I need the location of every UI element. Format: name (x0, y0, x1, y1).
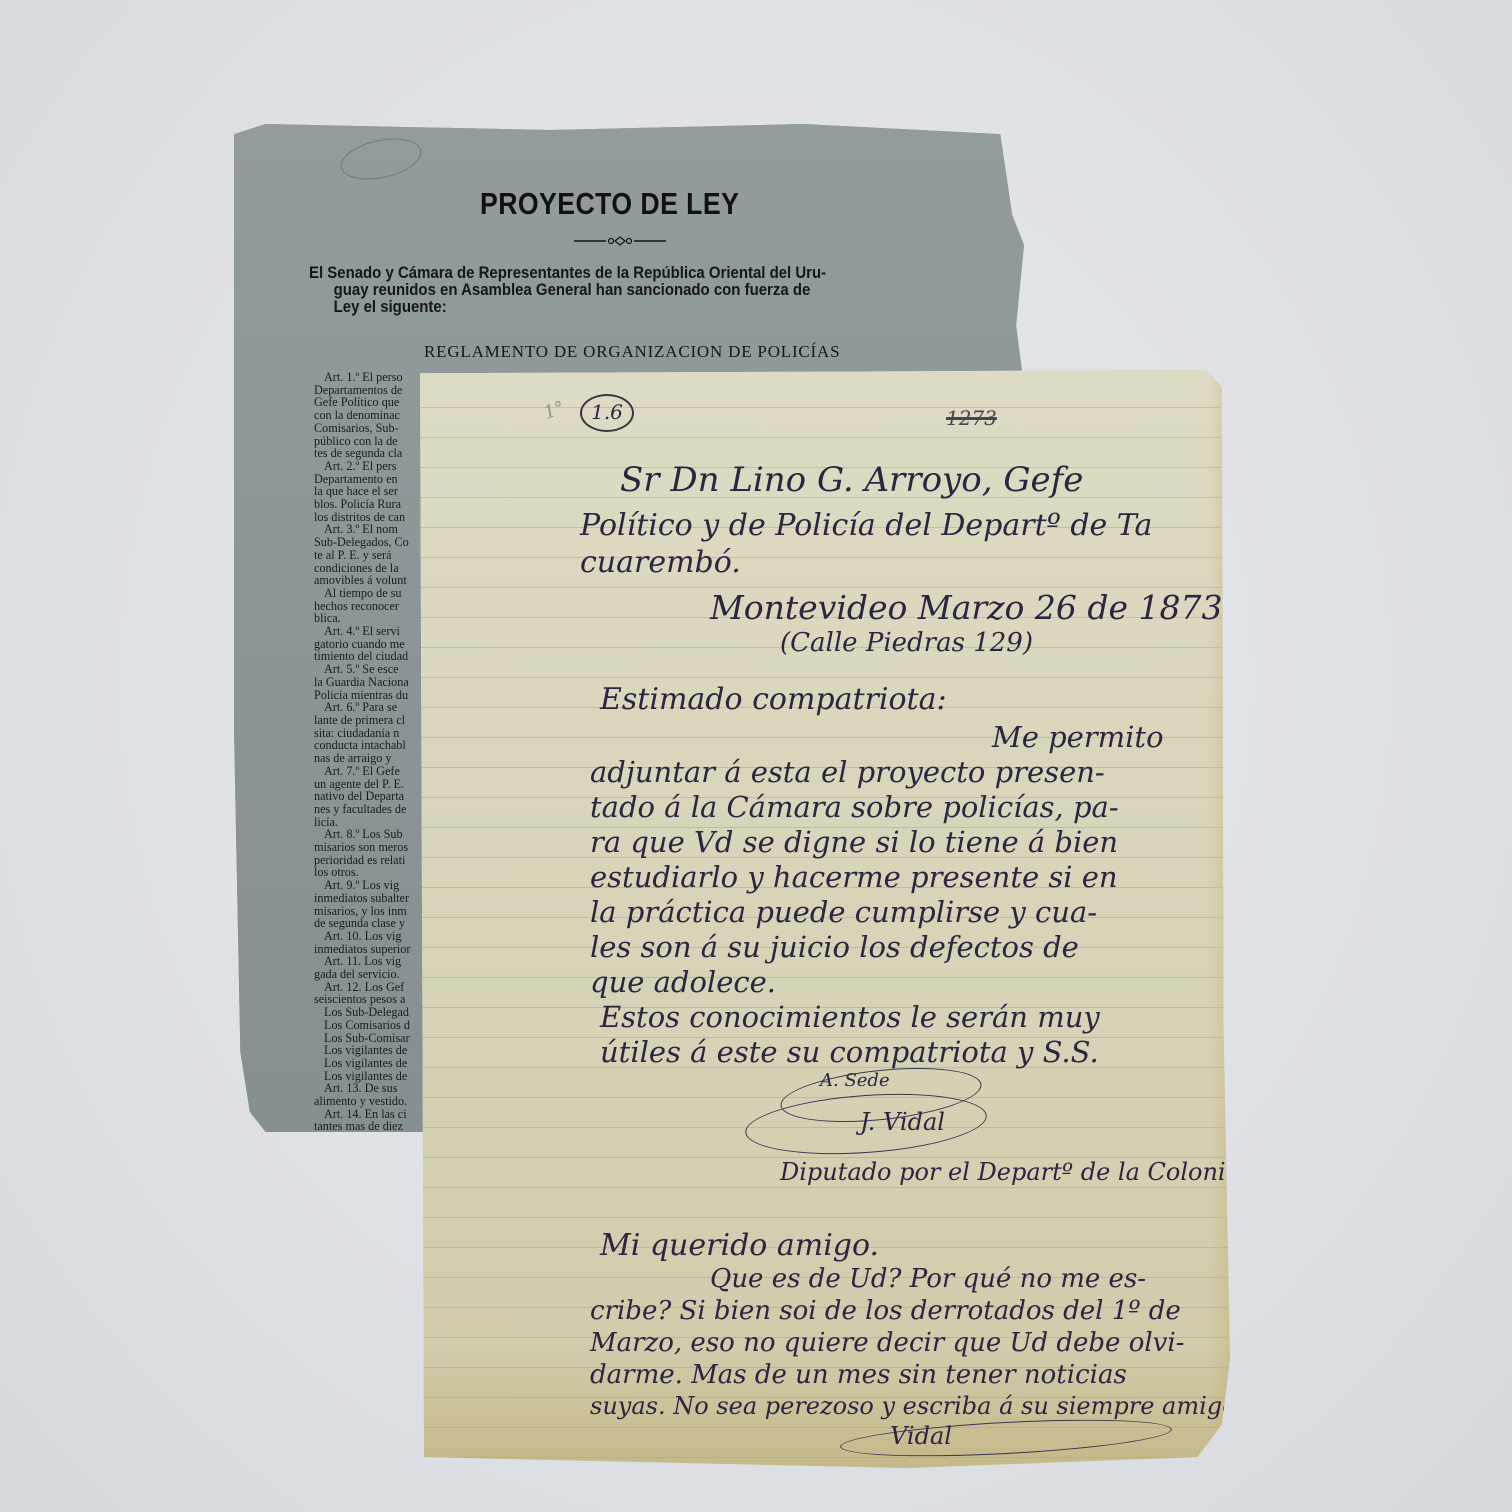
preamble-line: Ley el siguente: (309, 298, 802, 315)
pencil-mark (337, 132, 425, 186)
body-line: útiles á este su compatriota y S.S. (600, 1035, 1099, 1069)
struck-out-number: 1273 (946, 406, 997, 430)
postscript-line: cribe? Si bien soi de los derrotados del… (590, 1296, 1181, 1326)
addressee-line: cuarembó. (580, 545, 741, 580)
body-line: adjuntar á esta el proyecto presen- (590, 755, 1105, 789)
postscript-line: darme. Mas de un mes sin tener noticias (590, 1360, 1127, 1390)
body-line: estudiarlo y hacerme presente si en (590, 860, 1118, 894)
addressee-line: Político y de Policía del Departº de Ta (580, 508, 1152, 543)
postscript-line: Marzo, eso no quiere decir que Ud debe o… (590, 1328, 1184, 1358)
sender-address: (Calle Piedras 129) (780, 628, 1033, 658)
preamble: El Senado y Cámara de Representantes de … (309, 264, 802, 315)
ornament-rule-icon (574, 236, 666, 246)
regulation-subtitle: REGLAMENTO DE ORGANIZACION DE POLICÍAS (424, 342, 840, 362)
signature-flourish: A. Sede (820, 1070, 890, 1091)
postscript-signature: Vidal (890, 1422, 952, 1450)
signature-title: Diputado por el Departº de la Colonia. (780, 1158, 1248, 1186)
body-line: les son á su juicio los defectos de (590, 930, 1079, 964)
preamble-line: guay reunidos en Asamblea General han sa… (309, 281, 802, 298)
folio-number-circled: 1.6 (580, 394, 634, 432)
body-line: que adolece. (590, 965, 776, 999)
salutation: Estimado compatriota: (600, 682, 947, 717)
postscript-salutation: Mi querido amigo. (600, 1228, 879, 1263)
body-line: la práctica puede cumplirse y cua- (590, 895, 1097, 929)
body-line: Me permito (992, 720, 1164, 754)
signature: J. Vidal (860, 1108, 945, 1136)
place-date: Montevideo Marzo 26 de 1873. (710, 588, 1233, 627)
postscript-line: suyas. No sea perezoso y escriba á su si… (590, 1392, 1244, 1420)
body-line: tado á la Cámara sobre policías, pa- (590, 790, 1119, 824)
preamble-line: El Senado y Cámara de Representantes de … (309, 264, 802, 281)
postscript-line: Que es de Ud? Por qué no me es- (710, 1264, 1146, 1294)
folio-pencil-mark: 1° (541, 397, 567, 424)
addressee-line: Sr Dn Lino G. Arroyo, Gefe (620, 460, 1083, 500)
handwritten-letter: 1° 1.6 1273 Sr Dn Lino G. Arroyo, Gefe P… (420, 370, 1230, 1468)
printed-title: PROYECTO DE LEY (480, 186, 738, 222)
body-line: ra que Vd se digne si lo tiene á bien (590, 825, 1118, 859)
body-line: Estos conocimientos le serán muy (600, 1000, 1100, 1034)
paper-stain (1208, 370, 1230, 1468)
